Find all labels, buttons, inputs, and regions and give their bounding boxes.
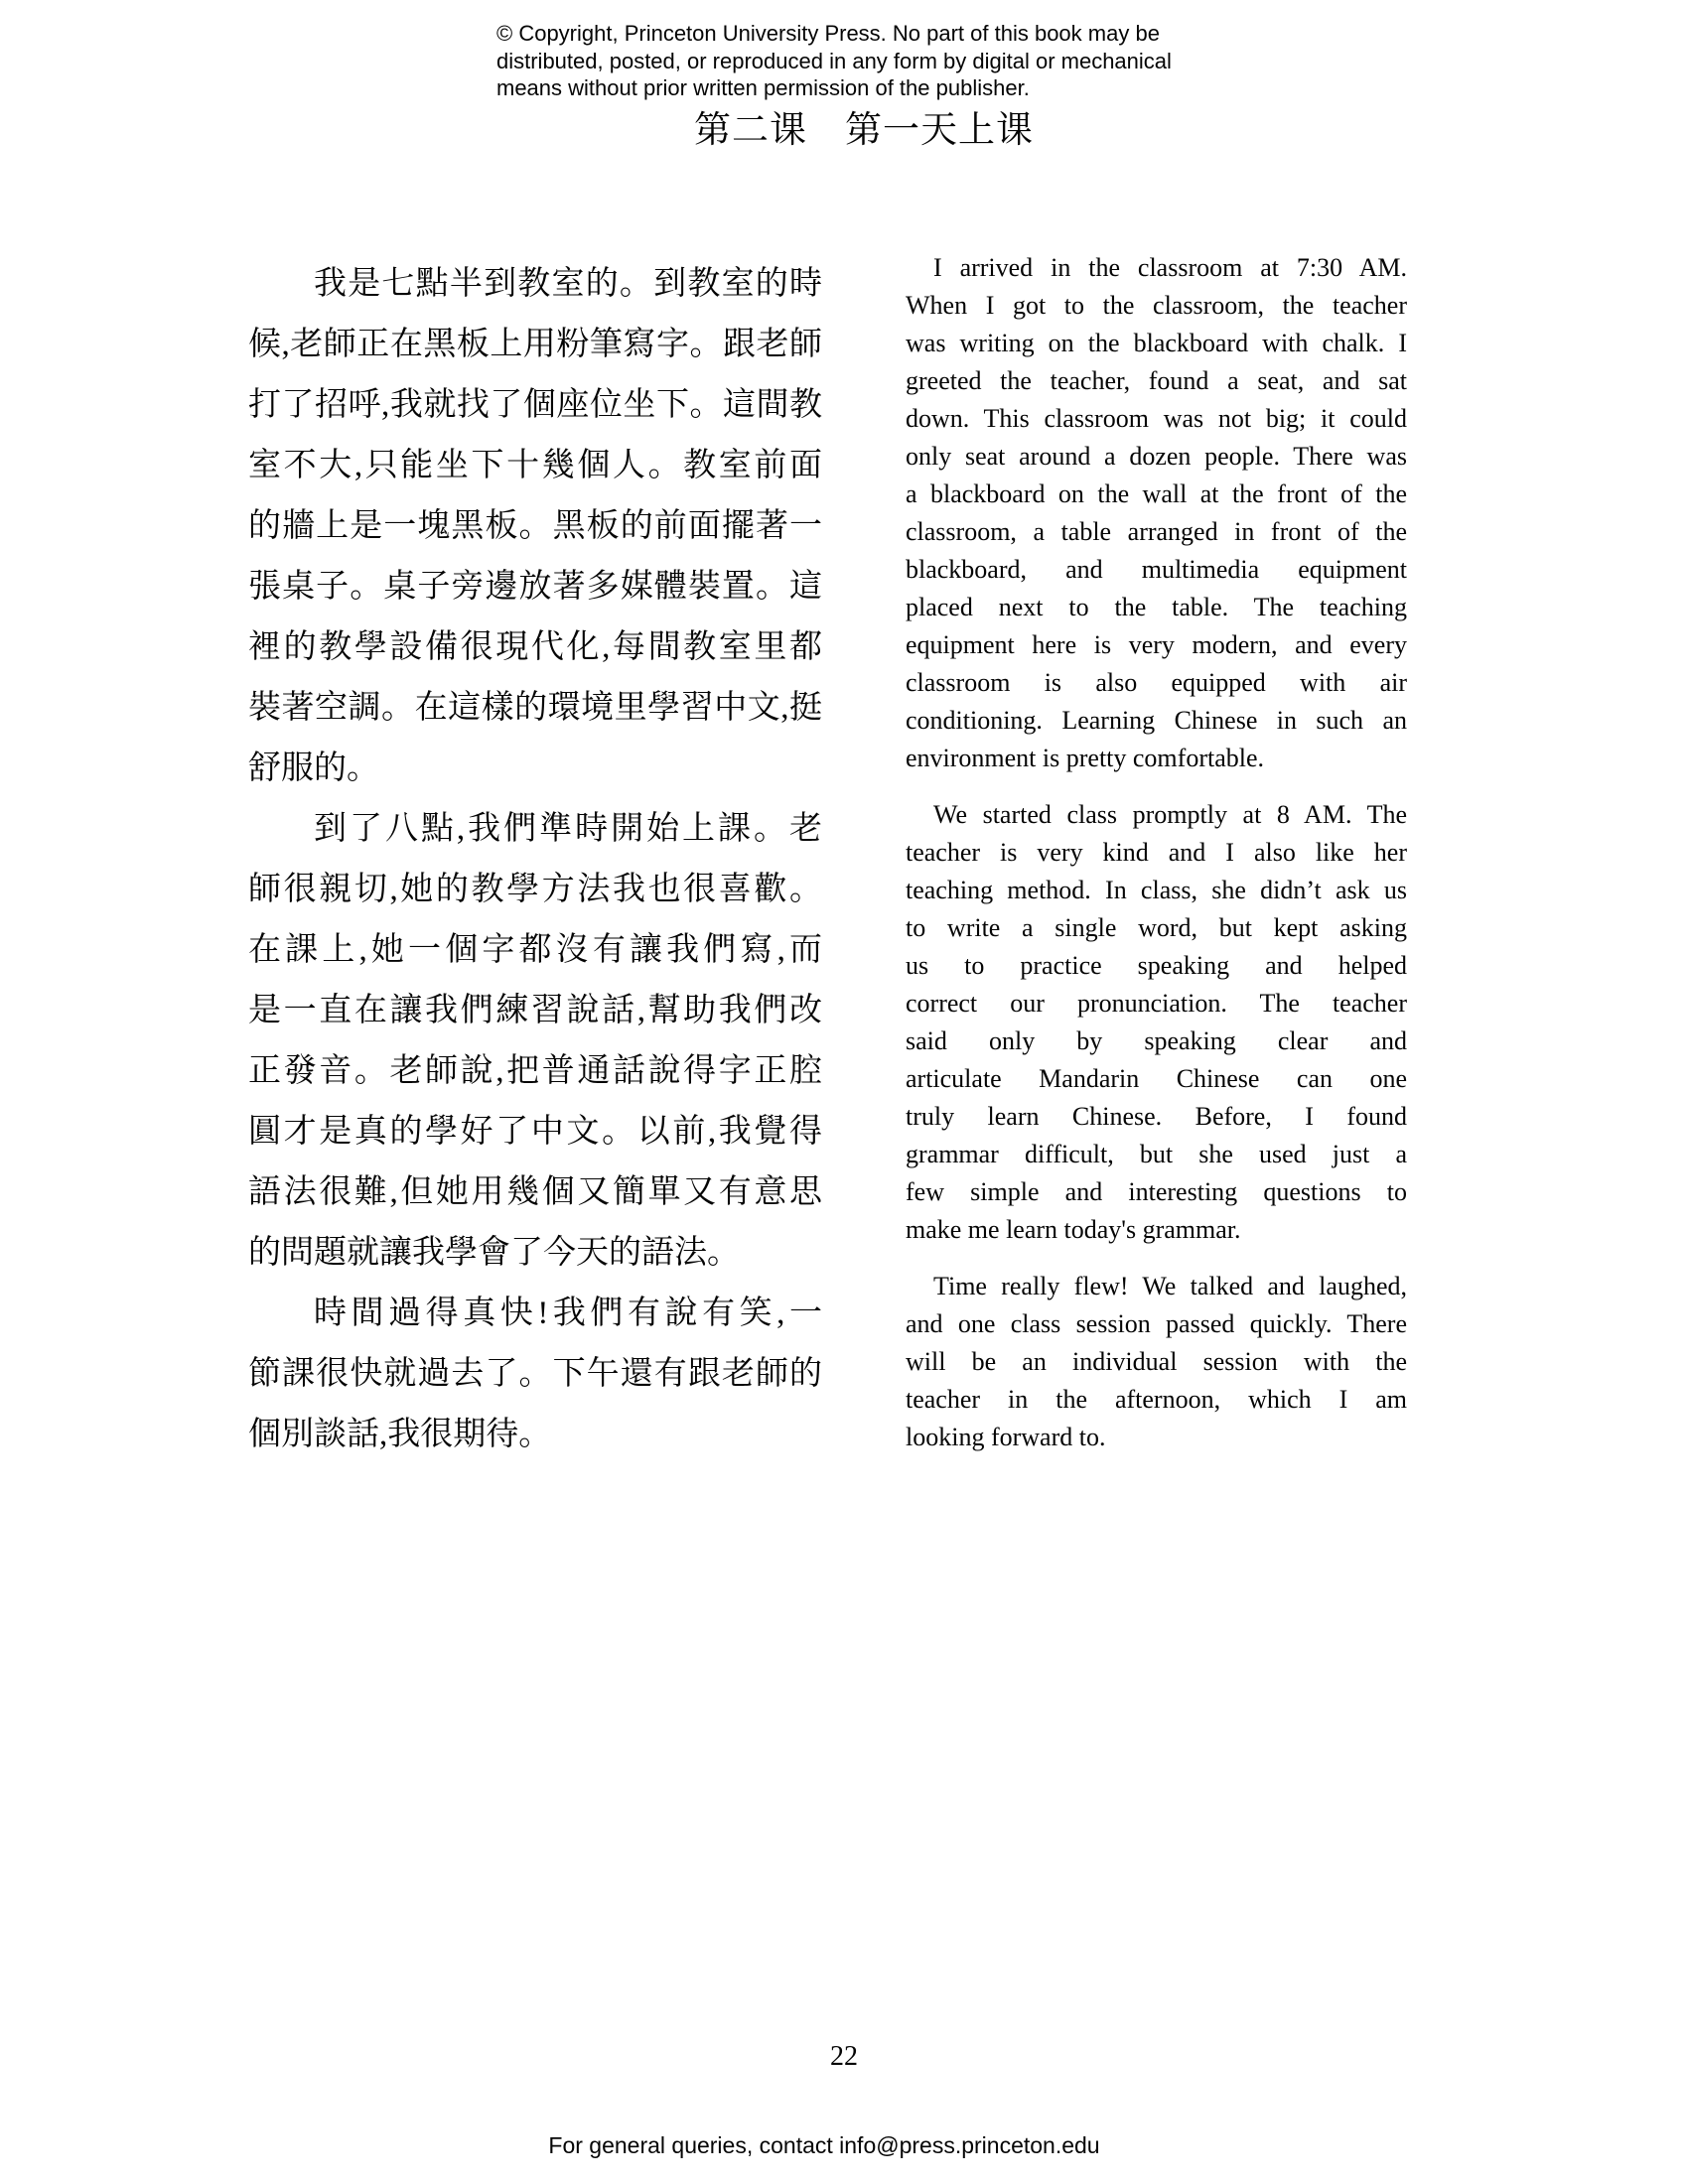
paragraph: Time really flew! We talked and laughed,… bbox=[906, 1268, 1407, 1456]
text-line: was writing on the blackboard with chalk… bbox=[906, 325, 1407, 362]
text-line: 師很親切,她的教學方法我也很喜歡。 bbox=[248, 860, 822, 920]
text-line: 裡的教學設備很現代化,每間教室里都 bbox=[248, 617, 822, 678]
text-line: 候,老師正在黑板上用粉筆寫字。跟老師 bbox=[248, 315, 822, 375]
text-line: greeted the teacher, found a seat, and s… bbox=[906, 362, 1407, 400]
text-line: 的問題就讓我學會了今天的語法。 bbox=[248, 1223, 822, 1284]
text-line: 到了八點,我們準時開始上課。老 bbox=[248, 799, 822, 860]
text-line: 我是七點半到教室的。到教室的時 bbox=[248, 254, 822, 315]
text-line: 正發音。老師說,把普通話說得字正腔 bbox=[248, 1041, 822, 1102]
text-line: will be an individual session with the bbox=[906, 1343, 1407, 1381]
text-line: correct our pronunciation. The teacher bbox=[906, 985, 1407, 1023]
page-number: 22 bbox=[0, 2041, 1688, 2073]
text-line: a blackboard on the wall at the front of… bbox=[906, 476, 1407, 513]
text-line: 是一直在讓我們練習說話,幫助我們改 bbox=[248, 981, 822, 1041]
text-line: to write a single word, but kept asking bbox=[906, 909, 1407, 947]
text-line: 室不大,只能坐下十幾個人。教室前面 bbox=[248, 436, 822, 496]
document-page: © Copyright, Princeton University Press.… bbox=[0, 0, 1688, 2184]
english-text-column: I arrived in the classroom at 7:30 AM.Wh… bbox=[906, 249, 1407, 1456]
text-line: 打了招呼,我就找了個座位坐下。這間教 bbox=[248, 375, 822, 436]
text-line: Time really flew! We talked and laughed, bbox=[906, 1268, 1407, 1305]
text-line: grammar difficult, but she used just a bbox=[906, 1136, 1407, 1173]
text-line: 節課很快就過去了。下午還有跟老師的 bbox=[248, 1344, 822, 1405]
text-line: equipment here is very modern, and every bbox=[906, 626, 1407, 664]
text-line: articulate Mandarin Chinese can one bbox=[906, 1060, 1407, 1098]
text-line: classroom, a table arranged in front of … bbox=[906, 513, 1407, 551]
text-line: truly learn Chinese. Before, I found bbox=[906, 1098, 1407, 1136]
text-line: looking forward to. bbox=[906, 1419, 1407, 1456]
paragraph: We started class promptly at 8 AM. Thete… bbox=[906, 796, 1407, 1249]
footer-contact-line: For general queries, contact info@press.… bbox=[0, 2132, 1648, 2159]
text-line: 個別談話,我很期待。 bbox=[248, 1405, 822, 1465]
text-line: blackboard, and multimedia equipment bbox=[906, 551, 1407, 589]
text-line: 張桌子。桌子旁邊放著多媒體裝置。這 bbox=[248, 557, 822, 617]
text-line: only seat around a dozen people. There w… bbox=[906, 438, 1407, 476]
text-line: 裝著空調。在這樣的環境里學習中文,挺 bbox=[248, 678, 822, 739]
text-line: 的牆上是一塊黑板。黑板的前面擺著一 bbox=[248, 496, 822, 557]
text-line: We started class promptly at 8 AM. The bbox=[906, 796, 1407, 834]
text-line: 語法很難,但她用幾個又簡單又有意思 bbox=[248, 1162, 822, 1223]
text-line: and one class session passed quickly. Th… bbox=[906, 1305, 1407, 1343]
text-line: down. This classroom was not big; it cou… bbox=[906, 400, 1407, 438]
text-line: 時間過得真快!我們有說有笑,一 bbox=[248, 1284, 822, 1344]
paragraph: 我是七點半到教室的。到教室的時候,老師正在黑板上用粉筆寫字。跟老師打了招呼,我就… bbox=[248, 254, 822, 799]
text-line: conditioning. Learning Chinese in such a… bbox=[906, 702, 1407, 740]
text-line: make me learn today's grammar. bbox=[906, 1211, 1407, 1249]
text-line: teaching method. In class, she didn’t as… bbox=[906, 872, 1407, 909]
paragraph: I arrived in the classroom at 7:30 AM.Wh… bbox=[906, 249, 1407, 777]
text-line: classroom is also equipped with air bbox=[906, 664, 1407, 702]
text-line: environment is pretty comfortable. bbox=[906, 740, 1407, 777]
copyright-notice: © Copyright, Princeton University Press.… bbox=[496, 20, 1211, 102]
text-line: means without prior written permission o… bbox=[496, 74, 1211, 102]
text-line: 圓才是真的學好了中文。以前,我覺得 bbox=[248, 1102, 822, 1162]
text-line: placed next to the table. The teaching bbox=[906, 589, 1407, 626]
text-line: When I got to the classroom, the teacher bbox=[906, 287, 1407, 325]
text-line: © Copyright, Princeton University Press.… bbox=[496, 20, 1211, 48]
text-line: teacher is very kind and I also like her bbox=[906, 834, 1407, 872]
chinese-text-column: 我是七點半到教室的。到教室的時候,老師正在黑板上用粉筆寫字。跟老師打了招呼,我就… bbox=[248, 254, 822, 1465]
paragraph: 時間過得真快!我們有說有笑,一節課很快就過去了。下午還有跟老師的個別談話,我很期… bbox=[248, 1284, 822, 1465]
text-line: few simple and interesting questions to bbox=[906, 1173, 1407, 1211]
paragraph: 到了八點,我們準時開始上課。老師很親切,她的教學方法我也很喜歡。在課上,她一個字… bbox=[248, 799, 822, 1284]
chapter-title: 第二课 第一天上课 bbox=[0, 99, 1688, 153]
text-line: 在課上,她一個字都沒有讓我們寫,而 bbox=[248, 920, 822, 981]
text-line: us to practice speaking and helped bbox=[906, 947, 1407, 985]
text-line: teacher in the afternoon, which I am bbox=[906, 1381, 1407, 1419]
text-line: said only by speaking clear and bbox=[906, 1023, 1407, 1060]
text-line: 舒服的。 bbox=[248, 739, 822, 799]
text-line: I arrived in the classroom at 7:30 AM. bbox=[906, 249, 1407, 287]
text-line: distributed, posted, or reproduced in an… bbox=[496, 48, 1211, 75]
